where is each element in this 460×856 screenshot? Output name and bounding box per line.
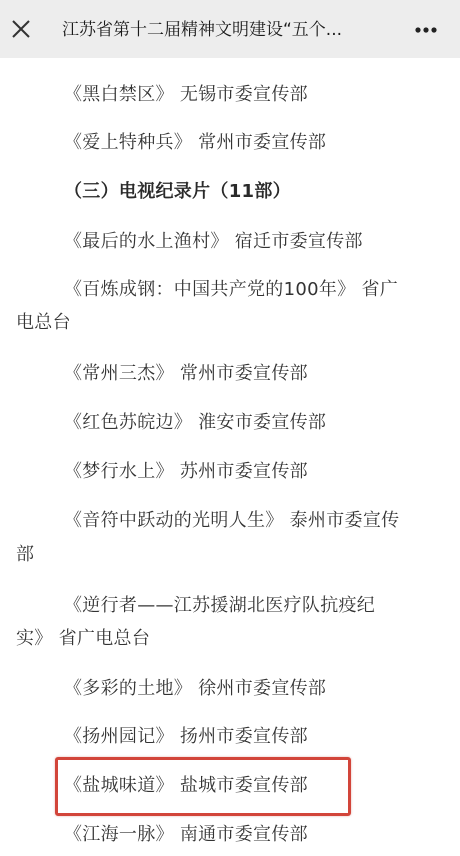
list-item: 《扬州园记》 扬州市委宣传部 (64, 725, 308, 749)
list-item: 《多彩的土地》 徐州市委宣传部 (64, 677, 326, 701)
list-item: 《梦行水上》 苏州市委宣传部 (64, 460, 308, 484)
list-item: 《逆行者——江苏援湖北医疗队抗疫纪 (64, 594, 375, 618)
list-item: 《黑白禁区》 无锡市委宣传部 (64, 83, 308, 107)
close-button[interactable] (8, 16, 34, 42)
list-item: 《爱上特种兵》 常州市委宣传部 (64, 131, 326, 155)
list-item: 《最后的水上渔村》 宿迁市委宣传部 (64, 230, 363, 254)
top-bar: 江苏省第十二届精神文明建设“五个... (0, 0, 460, 58)
list-item-continuation: 实》 省广电总台 (16, 627, 150, 651)
list-item: 《常州三杰》 常州市委宣传部 (64, 362, 308, 386)
more-button[interactable] (410, 22, 450, 36)
list-item: 《音符中跃动的光明人生》 泰州市委宣传 (64, 509, 399, 533)
list-item: 《红色苏皖边》 淮安市委宣传部 (64, 411, 326, 435)
list-item-continuation: 部 (16, 543, 34, 567)
more-icon (410, 23, 450, 37)
page-title: 江苏省第十二届精神文明建设“五个... (62, 18, 382, 42)
section-heading: （三）电视纪录片（11部） (64, 180, 291, 204)
list-item-highlighted: 《盐城味道》 盐城市委宣传部 (64, 774, 308, 798)
close-icon (8, 16, 34, 42)
list-item: 《百炼成钢：中国共产党的100年》 省广 (64, 278, 398, 302)
list-item: 《江海一脉》 南通市委宣传部 (64, 823, 308, 847)
list-item-continuation: 电总台 (16, 311, 71, 335)
